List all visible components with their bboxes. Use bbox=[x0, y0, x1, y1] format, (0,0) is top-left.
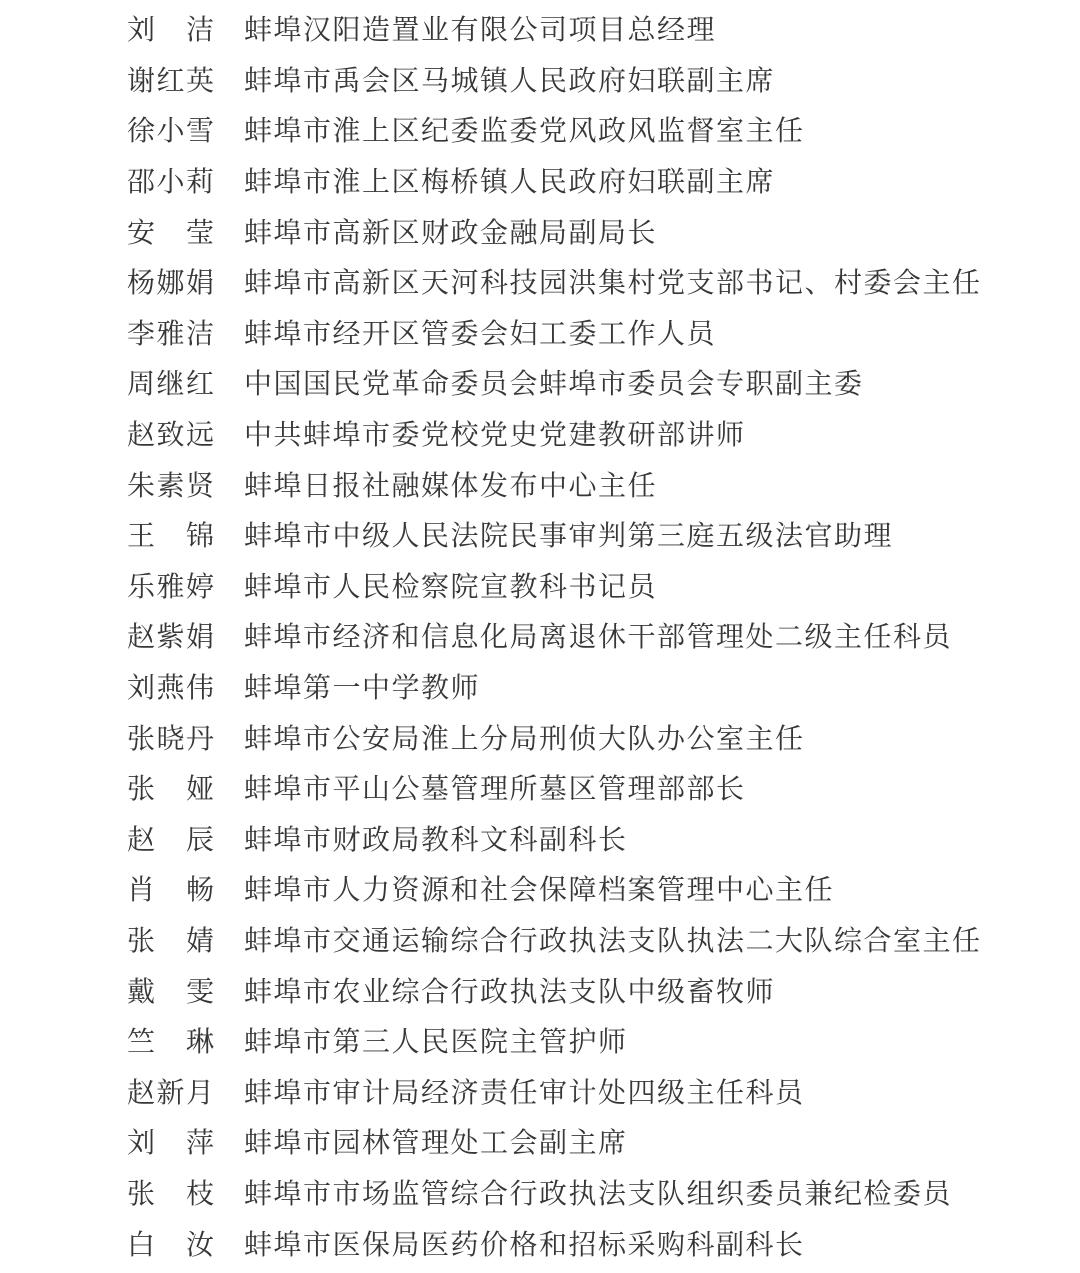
person-title: 蚌埠市第三人民医院主管护师 bbox=[244, 1020, 628, 1060]
person-title: 蚌埠市平山公墓管理所墓区管理部部长 bbox=[244, 767, 746, 807]
person-title: 蚌埠市市场监管综合行政执法支队组织委员兼纪检委员 bbox=[244, 1172, 952, 1212]
person-title: 蚌埠市经开区管委会妇工委工作人员 bbox=[244, 312, 716, 352]
person-name: 张晓丹 bbox=[127, 717, 222, 757]
list-item: 赵新月 蚌埠市审计局经济责任审计处四级主任科员 bbox=[127, 1065, 1080, 1116]
person-name: 邵小莉 bbox=[127, 160, 222, 200]
document-page: 刘 洁 蚌埠汉阳造置业有限公司项目总经理 谢红英 蚌埠市禹会区马城镇人民政府妇联… bbox=[0, 0, 1080, 1273]
person-name: 肖 畅 bbox=[127, 868, 222, 908]
list-item: 刘燕伟 蚌埠第一中学教师 bbox=[127, 661, 1080, 712]
list-item: 张晓丹 蚌埠市公安局淮上分局刑侦大队办公室主任 bbox=[127, 711, 1080, 762]
person-name: 张 婧 bbox=[127, 919, 222, 959]
list-item: 张 枝 蚌埠市市场监管综合行政执法支队组织委员兼纪检委员 bbox=[127, 1167, 1080, 1218]
person-title: 中共蚌埠市委党校党史党建教研部讲师 bbox=[244, 413, 746, 453]
person-title: 蚌埠市经济和信息化局离退休干部管理处二级主任科员 bbox=[244, 615, 952, 655]
person-title: 蚌埠市淮上区梅桥镇人民政府妇联副主席 bbox=[244, 160, 775, 200]
list-item: 谢红英 蚌埠市禹会区马城镇人民政府妇联副主席 bbox=[127, 54, 1080, 105]
list-item: 刘 萍 蚌埠市园林管理处工会副主席 bbox=[127, 1116, 1080, 1167]
person-name: 张 枝 bbox=[127, 1172, 222, 1212]
person-name: 刘 萍 bbox=[127, 1121, 222, 1161]
person-title: 蚌埠汉阳造置业有限公司项目总经理 bbox=[244, 8, 716, 48]
list-item: 赵致远 中共蚌埠市委党校党史党建教研部讲师 bbox=[127, 408, 1080, 459]
person-title: 中国国民党革命委员会蚌埠市委员会专职副主委 bbox=[244, 362, 864, 402]
person-title: 蚌埠市财政局教科文科副科长 bbox=[244, 818, 628, 858]
list-item: 朱素贤 蚌埠日报社融媒体发布中心主任 bbox=[127, 458, 1080, 509]
person-name: 徐小雪 bbox=[127, 109, 222, 149]
person-title: 蚌埠市审计局经济责任审计处四级主任科员 bbox=[244, 1071, 805, 1111]
person-name: 乐雅婷 bbox=[127, 565, 222, 605]
list-item: 邵小莉 蚌埠市淮上区梅桥镇人民政府妇联副主席 bbox=[127, 155, 1080, 206]
list-item: 周继红 中国国民党革命委员会蚌埠市委员会专职副主委 bbox=[127, 357, 1080, 408]
person-name: 王 锦 bbox=[127, 514, 222, 554]
list-item: 徐小雪 蚌埠市淮上区纪委监委党风政风监督室主任 bbox=[127, 104, 1080, 155]
list-item: 杨娜娟 蚌埠市高新区天河科技园洪集村党支部书记、村委会主任 bbox=[127, 256, 1080, 307]
person-name: 赵致远 bbox=[127, 413, 222, 453]
person-name: 白 汝 bbox=[127, 1223, 222, 1263]
person-title: 蚌埠市禹会区马城镇人民政府妇联副主席 bbox=[244, 59, 775, 99]
list-item: 竺 琳 蚌埠市第三人民医院主管护师 bbox=[127, 1015, 1080, 1066]
person-name: 谢红英 bbox=[127, 59, 222, 99]
person-title: 蚌埠市淮上区纪委监委党风政风监督室主任 bbox=[244, 109, 805, 149]
list-item: 张 娅 蚌埠市平山公墓管理所墓区管理部部长 bbox=[127, 762, 1080, 813]
person-title: 蚌埠市高新区天河科技园洪集村党支部书记、村委会主任 bbox=[244, 261, 982, 301]
person-title: 蚌埠市高新区财政金融局副局长 bbox=[244, 211, 657, 251]
person-title: 蚌埠市医保局医药价格和招标采购科副科长 bbox=[244, 1223, 805, 1263]
list-item: 王 锦 蚌埠市中级人民法院民事审判第三庭五级法官助理 bbox=[127, 509, 1080, 560]
list-item: 刘 洁 蚌埠汉阳造置业有限公司项目总经理 bbox=[127, 3, 1080, 54]
person-title: 蚌埠市中级人民法院民事审判第三庭五级法官助理 bbox=[244, 514, 893, 554]
list-item: 张 婧 蚌埠市交通运输综合行政执法支队执法二大队综合室主任 bbox=[127, 914, 1080, 965]
list-item: 乐雅婷 蚌埠市人民检察院宣教科书记员 bbox=[127, 560, 1080, 611]
person-name: 朱素贤 bbox=[127, 464, 222, 504]
list-item: 戴 雯 蚌埠市农业综合行政执法支队中级畜牧师 bbox=[127, 964, 1080, 1015]
person-title: 蚌埠第一中学教师 bbox=[244, 666, 480, 706]
person-name: 张 娅 bbox=[127, 767, 222, 807]
person-title: 蚌埠日报社融媒体发布中心主任 bbox=[244, 464, 657, 504]
list-item: 安 莹 蚌埠市高新区财政金融局副局长 bbox=[127, 205, 1080, 256]
person-name: 戴 雯 bbox=[127, 970, 222, 1010]
person-name: 刘燕伟 bbox=[127, 666, 222, 706]
list-item: 肖 畅 蚌埠市人力资源和社会保障档案管理中心主任 bbox=[127, 863, 1080, 914]
person-title: 蚌埠市人民检察院宣教科书记员 bbox=[244, 565, 657, 605]
list-item: 赵紫娟 蚌埠市经济和信息化局离退休干部管理处二级主任科员 bbox=[127, 610, 1080, 661]
person-title: 蚌埠市公安局淮上分局刑侦大队办公室主任 bbox=[244, 717, 805, 757]
person-name: 赵新月 bbox=[127, 1071, 222, 1111]
list-item: 赵 辰 蚌埠市财政局教科文科副科长 bbox=[127, 813, 1080, 864]
list-item: 白 汝 蚌埠市医保局医药价格和招标采购科副科长 bbox=[127, 1217, 1080, 1268]
person-name: 刘 洁 bbox=[127, 8, 222, 48]
person-title: 蚌埠市交通运输综合行政执法支队执法二大队综合室主任 bbox=[244, 919, 982, 959]
person-name: 赵 辰 bbox=[127, 818, 222, 858]
person-title: 蚌埠市人力资源和社会保障档案管理中心主任 bbox=[244, 868, 834, 908]
person-name: 周继红 bbox=[127, 362, 222, 402]
person-name: 竺 琳 bbox=[127, 1020, 222, 1060]
name-title-list: 刘 洁 蚌埠汉阳造置业有限公司项目总经理 谢红英 蚌埠市禹会区马城镇人民政府妇联… bbox=[127, 3, 1080, 1268]
person-name: 赵紫娟 bbox=[127, 615, 222, 655]
person-name: 李雅洁 bbox=[127, 312, 222, 352]
list-item: 李雅洁 蚌埠市经开区管委会妇工委工作人员 bbox=[127, 307, 1080, 358]
person-title: 蚌埠市农业综合行政执法支队中级畜牧师 bbox=[244, 970, 775, 1010]
person-title: 蚌埠市园林管理处工会副主席 bbox=[244, 1121, 628, 1161]
person-name: 杨娜娟 bbox=[127, 261, 222, 301]
person-name: 安 莹 bbox=[127, 211, 222, 251]
